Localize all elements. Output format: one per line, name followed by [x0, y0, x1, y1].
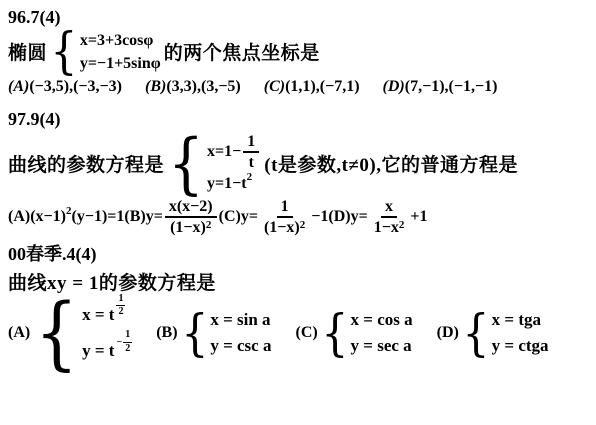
question-1-system: { x=3+3cosφ y=−1+5sinφ: [48, 29, 161, 75]
equation-x: x = tga: [492, 307, 549, 333]
question-3-header: 00春季.4(4): [8, 244, 590, 266]
question-3-options: (A) { x = t 12 y = t −12 (B) { x: [8, 297, 590, 369]
fraction-denominator: (1−x)2: [166, 218, 215, 237]
denominator-base: (1−x): [264, 219, 300, 236]
fraction-denominator: t: [245, 153, 258, 172]
left-brace: {: [321, 311, 348, 356]
option-b-label: (B): [145, 78, 166, 95]
question-2-options: (A) (x−1)2(y−1)=1 (B) y= x(x−2) (1−x)2 (…: [8, 197, 590, 237]
left-brace: {: [35, 297, 78, 369]
question-1-option-a: (A)(−3,5),(−3,−3): [8, 78, 122, 96]
question-1: 96.7(4) 椭圆 { x=3+3cosφ y=−1+5sinφ 的两个焦点坐…: [8, 7, 590, 96]
equation-y: y = t −12: [82, 338, 132, 364]
question-3-option-c: (C) { x = cos a y = sec a: [295, 307, 412, 360]
fraction-numerator: 1: [277, 197, 293, 218]
option-a-label: (A): [8, 208, 30, 226]
question-2-suffix: (t是参数,t≠0),它的普通方程是: [264, 150, 518, 177]
question-2-prefix: 曲线的参数方程是: [8, 150, 164, 177]
left-brace: {: [181, 311, 208, 356]
option-d-label: (D): [437, 324, 459, 342]
formula-text: (x−1): [30, 208, 66, 226]
question-1-options: (A)(−3,5),(−3,−3) (B)(3,3),(3,−5) (C)(1,…: [8, 78, 590, 96]
option-c-label: (C): [264, 78, 285, 95]
fraction: 1 t: [243, 132, 259, 172]
question-2-option-b: (B) y= x(x−2) (1−x)2: [124, 197, 218, 237]
fraction: x(x−2) (1−x)2: [165, 197, 217, 237]
equation-y: y=−1+5sinφ: [80, 52, 161, 75]
question-1-stem: 椭圆 { x=3+3cosφ y=−1+5sinφ 的两个焦点坐标是: [8, 29, 590, 75]
option-d-label: (D): [383, 78, 405, 95]
question-1-equations: x=3+3cosφ y=−1+5sinφ: [80, 29, 161, 75]
equation-y-head: y=1−t: [207, 172, 247, 195]
option-d-label: (D): [328, 208, 350, 226]
option-a-label: (A): [8, 324, 30, 342]
question-1-prefix: 椭圆: [8, 38, 47, 65]
option-d-equations: x = tga y = ctga: [492, 307, 549, 360]
option-c-equations: x = cos a y = sec a: [351, 307, 413, 360]
fraction: x 1−x2: [370, 197, 409, 237]
equation-y: y = ctga: [492, 333, 549, 359]
option-c-label: (C): [219, 208, 241, 226]
exponent-sign: −: [116, 335, 122, 351]
question-2-stem: 曲线的参数方程是 { x=1− 1 t y=1−t 2: [8, 132, 590, 196]
exponent-numerator: 1: [123, 329, 132, 343]
option-d-formula: y= x 1−x2 +1: [351, 197, 428, 237]
left-brace: {: [50, 29, 77, 74]
equation-x: x=1− 1 t: [207, 132, 261, 172]
math-exam-page: 96.7(4) 椭圆 { x=3+3cosφ y=−1+5sinφ 的两个焦点坐…: [0, 0, 596, 425]
fraction-denominator: 1−x2: [370, 218, 409, 237]
question-3-prompt: 曲线xy = 1的参数方程是: [8, 268, 590, 295]
equation-y-base: y = t: [82, 338, 114, 364]
equation-x-base: x = t: [82, 302, 114, 328]
fraction: 1 (1−x)2: [260, 197, 309, 237]
formula-text: y=: [351, 208, 368, 226]
question-3-option-b: (B) { x = sin a y = csc a: [156, 307, 271, 360]
exponent: 2: [206, 219, 212, 231]
question-2-option-c: (C) y= 1 (1−x)2 −1: [219, 197, 329, 237]
exponent: 2: [247, 172, 253, 183]
question-2-system: { x=1− 1 t y=1−t 2: [165, 132, 261, 196]
option-c-text: (1,1),(−7,1): [285, 78, 359, 95]
exponent-fraction: 12: [116, 293, 125, 319]
question-1-suffix: 的两个焦点坐标是: [164, 38, 320, 65]
question-2: 97.9(4) 曲线的参数方程是 { x=1− 1 t y=1−t 2: [8, 109, 590, 238]
option-b-label: (B): [156, 324, 177, 342]
question-2-equations: x=1− 1 t y=1−t 2: [207, 132, 261, 196]
formula-text: (y−1)=1: [72, 208, 125, 226]
question-2-option-d: (D) y= x 1−x2 +1: [328, 197, 427, 237]
option-a-equations: x = t 12 y = t −12: [82, 302, 132, 365]
denominator-base: (1−x): [170, 219, 206, 236]
equation-x: x = t 12: [82, 302, 132, 328]
exponent: 2: [300, 219, 306, 231]
equation-y: y=1−t 2: [207, 172, 261, 195]
formula-text: y=: [146, 208, 163, 226]
equation-x-head: x=1−: [207, 140, 241, 163]
left-brace: {: [168, 134, 204, 193]
equation-x: x = sin a: [210, 307, 271, 333]
equation-y: y = sec a: [351, 333, 413, 359]
question-3-option-d: (D) { x = tga y = ctga: [437, 307, 549, 360]
option-a-label: (A): [8, 78, 29, 95]
exponent: 2: [399, 219, 405, 231]
question-3: 00春季.4(4) 曲线xy = 1的参数方程是 (A) { x = t 12 …: [8, 244, 590, 370]
equation-x: x = cos a: [351, 307, 413, 333]
question-3-option-a: (A) { x = t 12 y = t −12: [8, 297, 132, 369]
question-1-option-d: (D)(7,−1),(−1,−1): [383, 78, 498, 96]
option-b-equations: x = sin a y = csc a: [210, 307, 271, 360]
exponent-numerator: 1: [116, 293, 125, 307]
formula-text: +1: [410, 208, 427, 226]
option-c-formula: y= 1 (1−x)2 −1: [241, 197, 329, 237]
option-b-formula: y= x(x−2) (1−x)2: [146, 197, 219, 237]
option-a-formula: (x−1)2(y−1)=1: [30, 208, 124, 226]
question-1-option-c: (C)(1,1),(−7,1): [264, 78, 360, 96]
option-d-text: (7,−1),(−1,−1): [405, 78, 498, 95]
equation-x: x=3+3cosφ: [80, 29, 161, 52]
exponent-denominator: 2: [116, 306, 125, 319]
question-1-option-b: (B)(3,3),(3,−5): [145, 78, 241, 96]
question-2-header: 97.9(4): [8, 109, 590, 131]
fraction-denominator: (1−x)2: [260, 218, 309, 237]
question-2-option-a: (A) (x−1)2(y−1)=1: [8, 208, 124, 226]
option-c-label: (C): [295, 324, 317, 342]
option-b-text: (3,3),(3,−5): [166, 78, 240, 95]
denominator-base: 1−x: [374, 219, 399, 236]
question-1-header: 96.7(4): [8, 7, 590, 29]
fraction-numerator: 1: [243, 132, 259, 153]
exponent: 2: [66, 206, 72, 217]
left-brace: {: [462, 311, 489, 356]
equation-y: y = csc a: [210, 333, 271, 359]
formula-text: y=: [241, 208, 258, 226]
option-b-label: (B): [124, 208, 145, 226]
formula-text: −1: [311, 208, 328, 226]
option-a-text: (−3,5),(−3,−3): [29, 78, 122, 95]
exponent-fraction: −12: [116, 329, 132, 355]
exponent-denominator: 2: [123, 343, 132, 356]
fraction-numerator: x: [381, 197, 397, 218]
